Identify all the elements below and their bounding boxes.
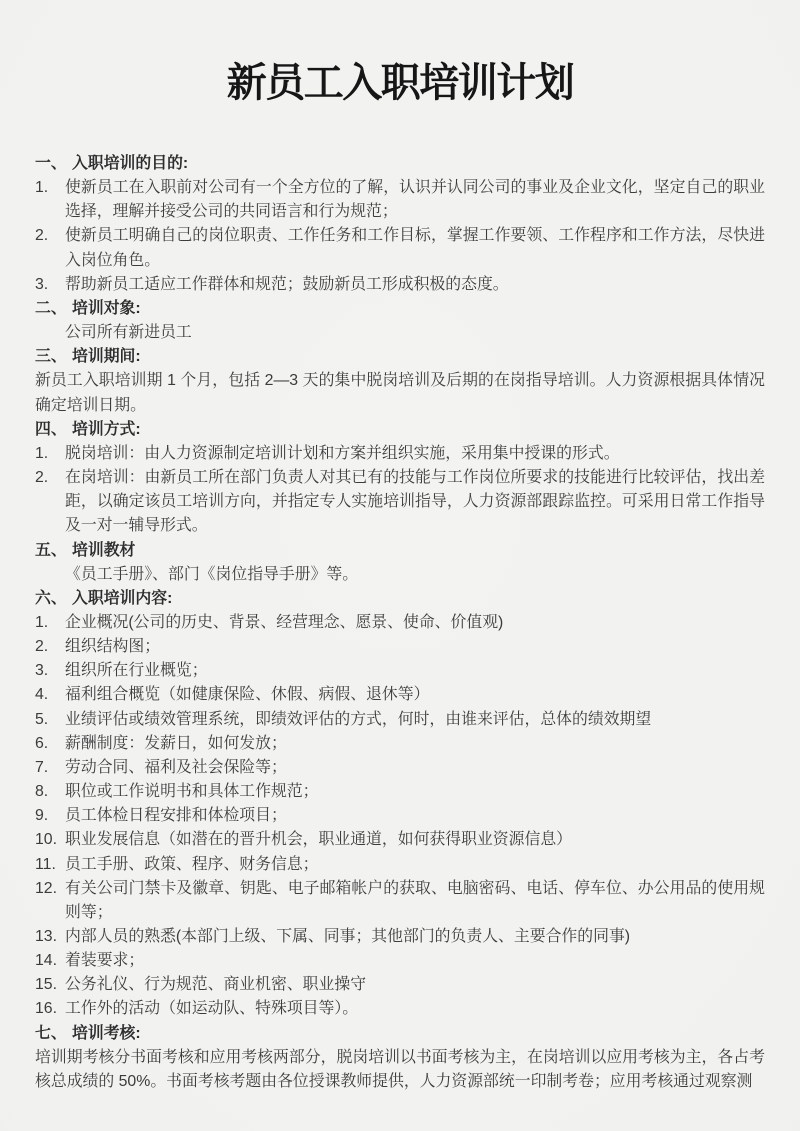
item-number: 15. xyxy=(35,973,57,997)
list-item: 1.企业概况(公司的历史、背景、经营理念、愿景、使命、价值观) xyxy=(35,611,765,635)
line-text: 企业概况(公司的历史、背景、经营理念、愿景、使命、价值观) xyxy=(65,614,503,631)
list-item: 3.组织所在行业概览； xyxy=(35,659,765,683)
item-number: 10. xyxy=(35,828,57,852)
item-number: 6. xyxy=(35,732,48,756)
line-text: 内部人员的熟悉(本部门上级、下属、同事；其他部门的负责人、主要合作的同事) xyxy=(65,928,630,945)
line-text: 员工体检日程安排和体检项目； xyxy=(65,807,287,824)
line-text: 组织所在行业概览； xyxy=(65,662,208,679)
item-number: 5. xyxy=(35,708,48,732)
item-number: 3. xyxy=(35,273,48,297)
item-number: 4. xyxy=(35,683,48,707)
line-text: 使新员工明确自己的岗位职责、工作任务和工作目标，掌握工作要领、工作程序和工作方法… xyxy=(65,227,765,268)
section-title: 培训教材 xyxy=(72,542,135,559)
list-item: 7.劳动合同、福利及社会保险等； xyxy=(35,756,765,780)
item-number: 1. xyxy=(35,176,48,200)
item-number: 1. xyxy=(35,442,48,466)
list-item: 5.业绩评估或绩效管理系统，即绩效评估的方式，何时，由谁来评估，总体的绩效期望 xyxy=(35,708,765,732)
line-text: 业绩评估或绩效管理系统，即绩效评估的方式，何时，由谁来评估，总体的绩效期望 xyxy=(65,711,651,728)
line-text: 工作外的活动（如运动队、特殊项目等）。 xyxy=(65,1000,358,1017)
line-text: 培训期考核分书面考核和应用考核两部分，脱岗培训以书面考核为主，在岗培训以应用考核… xyxy=(35,1049,765,1090)
line-text: 脱岗培训：由人力资源制定培训计划和方案并组织实施，采用集中授课的形式。 xyxy=(65,445,620,462)
line-text: 《员工手册》、部门《岗位指导手册》等。 xyxy=(65,566,358,583)
section-number: 六、 xyxy=(35,587,72,611)
section-number: 三、 xyxy=(35,345,72,369)
list-item: 1.脱岗培训：由人力资源制定培训计划和方案并组织实施，采用集中授课的形式。 xyxy=(35,442,765,466)
item-number: 13. xyxy=(35,925,57,949)
line-text: 组织结构图； xyxy=(65,638,160,655)
item-number: 8. xyxy=(35,780,48,804)
section-title: 入职培训内容: xyxy=(72,590,172,607)
line-text: 职业发展信息（如潜在的晋升机会，职业通道，如何获得职业资源信息） xyxy=(65,831,572,848)
list-item: 16.工作外的活动（如运动队、特殊项目等）。 xyxy=(35,997,765,1021)
indented-line: 《员工手册》、部门《岗位指导手册》等。 xyxy=(35,563,765,587)
section-heading: 一、入职培训的目的: xyxy=(35,152,765,176)
list-item: 11.员工手册、政策、程序、财务信息； xyxy=(35,853,765,877)
section-heading: 四、培训方式: xyxy=(35,418,765,442)
item-number: 3. xyxy=(35,659,48,683)
list-item: 4.福利组合概览（如健康保险、休假、病假、退休等） xyxy=(35,683,765,707)
list-item: 14.着装要求； xyxy=(35,949,765,973)
list-item: 13.内部人员的熟悉(本部门上级、下属、同事；其他部门的负责人、主要合作的同事) xyxy=(35,925,765,949)
line-text: 福利组合概览（如健康保险、休假、病假、退休等） xyxy=(65,686,429,703)
list-item: 1.使新员工在入职前对公司有一个全方位的了解，认识并认同公司的事业及企业文化，坚… xyxy=(35,176,765,224)
line-text: 帮助新员工适应工作群体和规范；鼓励新员工形成积极的态度。 xyxy=(65,276,509,293)
item-number: 16. xyxy=(35,997,57,1021)
list-item: 2.使新员工明确自己的岗位职责、工作任务和工作目标，掌握工作要领、工作程序和工作… xyxy=(35,224,765,272)
line-text: 公务礼仪、行为规范、商业机密、职业操守 xyxy=(65,976,366,993)
section-title: 培训方式: xyxy=(72,421,141,438)
item-number: 9. xyxy=(35,804,48,828)
section-number: 四、 xyxy=(35,418,72,442)
section-title: 培训期间: xyxy=(72,348,141,365)
list-item: 3.帮助新员工适应工作群体和规范；鼓励新员工形成积极的态度。 xyxy=(35,273,765,297)
item-number: 2. xyxy=(35,224,48,248)
list-item: 8.职位或工作说明书和具体工作规范； xyxy=(35,780,765,804)
document-body: 一、入职培训的目的:1.使新员工在入职前对公司有一个全方位的了解，认识并认同公司… xyxy=(35,152,765,1094)
section-number: 五、 xyxy=(35,539,72,563)
item-number: 12. xyxy=(35,877,57,901)
line-text: 公司所有新进员工 xyxy=(65,324,192,341)
document-title: 新员工入职培训计划 xyxy=(0,60,800,106)
list-item: 2.组织结构图； xyxy=(35,635,765,659)
line-text: 使新员工在入职前对公司有一个全方位的了解，认识并认同公司的事业及企业文化，坚定自… xyxy=(65,179,765,220)
section-heading: 三、培训期间: xyxy=(35,345,765,369)
list-item: 12.有关公司门禁卡及徽章、钥匙、电子邮箱帐户的获取、电脑密码、电话、停车位、办… xyxy=(35,877,765,925)
paragraph: 培训期考核分书面考核和应用考核两部分，脱岗培训以书面考核为主，在岗培训以应用考核… xyxy=(35,1046,765,1094)
section-title: 培训考核: xyxy=(72,1025,141,1042)
section-heading: 六、入职培训内容: xyxy=(35,587,765,611)
list-item: 9.员工体检日程安排和体检项目； xyxy=(35,804,765,828)
line-text: 在岗培训：由新员工所在部门负责人对其已有的技能与工作岗位所要求的技能进行比较评估… xyxy=(65,469,765,534)
line-text: 员工手册、政策、程序、财务信息； xyxy=(65,856,319,873)
list-item: 6.薪酬制度：发薪日，如何发放； xyxy=(35,732,765,756)
item-number: 11. xyxy=(35,853,56,877)
line-text: 职位或工作说明书和具体工作规范； xyxy=(65,783,319,800)
section-number: 一、 xyxy=(35,152,72,176)
section-heading: 二、培训对象: xyxy=(35,297,765,321)
indented-line: 公司所有新进员工 xyxy=(35,321,765,345)
line-text: 着装要求； xyxy=(65,952,144,969)
list-item: 15.公务礼仪、行为规范、商业机密、职业操守 xyxy=(35,973,765,997)
document-page: 新员工入职培训计划 一、入职培训的目的:1.使新员工在入职前对公司有一个全方位的… xyxy=(0,0,800,1131)
list-item: 2.在岗培训：由新员工所在部门负责人对其已有的技能与工作岗位所要求的技能进行比较… xyxy=(35,466,765,538)
list-item: 10.职业发展信息（如潜在的晋升机会，职业通道，如何获得职业资源信息） xyxy=(35,828,765,852)
line-text: 新员工入职培训期 1 个月，包括 2—3 天的集中脱岗培训及后期的在岗指导培训。… xyxy=(35,372,765,413)
line-text: 薪酬制度：发薪日，如何发放； xyxy=(65,735,287,752)
item-number: 2. xyxy=(35,635,48,659)
item-number: 7. xyxy=(35,756,48,780)
section-number: 二、 xyxy=(35,297,72,321)
section-number: 七、 xyxy=(35,1022,72,1046)
section-heading: 七、培训考核: xyxy=(35,1022,765,1046)
section-title: 入职培训的目的: xyxy=(72,155,188,172)
item-number: 2. xyxy=(35,466,48,490)
section-heading: 五、培训教材 xyxy=(35,539,765,563)
line-text: 有关公司门禁卡及徽章、钥匙、电子邮箱帐户的获取、电脑密码、电话、停车位、办公用品… xyxy=(65,880,765,921)
section-title: 培训对象: xyxy=(72,300,141,317)
line-text: 劳动合同、福利及社会保险等； xyxy=(65,759,287,776)
item-number: 14. xyxy=(35,949,57,973)
paragraph: 新员工入职培训期 1 个月，包括 2—3 天的集中脱岗培训及后期的在岗指导培训。… xyxy=(35,369,765,417)
item-number: 1. xyxy=(35,611,48,635)
